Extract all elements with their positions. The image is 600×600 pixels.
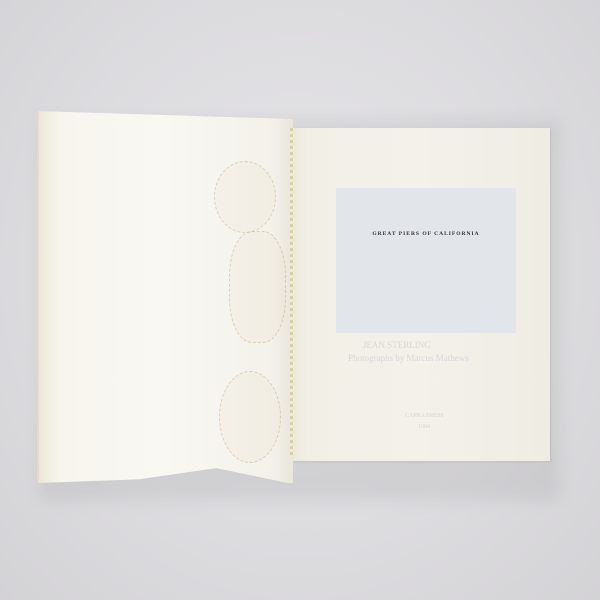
left-page	[37, 111, 293, 483]
cover-photo-area: GREAT PIERS OF CALIFORNIA	[336, 188, 516, 333]
right-page: GREAT PIERS OF CALIFORNIA JEAN STERLING …	[293, 128, 550, 461]
book-title: GREAT PIERS OF CALIFORNIA	[336, 231, 516, 237]
bleed-through-year: 1984	[418, 424, 430, 430]
bleed-through-credit: Photographs by Marcus Mathews	[348, 353, 469, 363]
water-stain	[229, 231, 286, 343]
bleed-through-author: JEAN STERLING	[363, 340, 431, 350]
water-stain	[219, 371, 281, 463]
water-stain	[214, 161, 276, 233]
bleed-through-publisher: CAPRA PRESS	[405, 413, 444, 419]
